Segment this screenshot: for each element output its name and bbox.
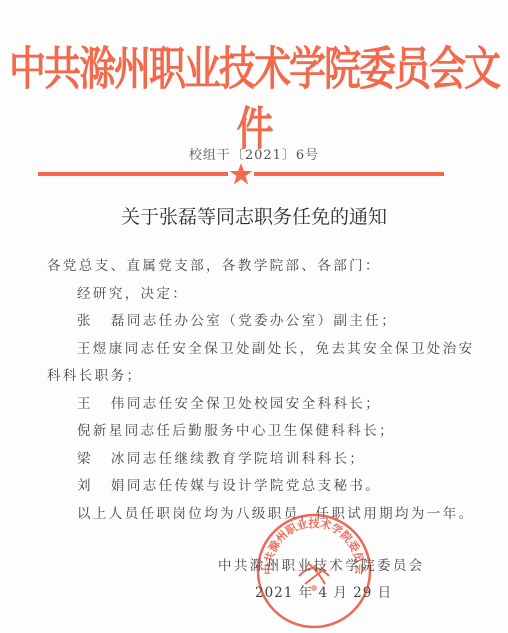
person-name: 磊 (111, 313, 127, 329)
appointment-text: 同志任办公室（党委办公室）副主任； (127, 313, 397, 329)
document-number: 校组干〔2021〕6号 (0, 144, 508, 163)
person-name: 倪新星 (77, 423, 125, 439)
issuer-signature: 中共滁州职业技术学院委员会 (218, 554, 425, 574)
appointment-line: 刘娟同志任传媒与设计学院党总支秘书。 (47, 473, 477, 501)
person-name: 娟 (111, 478, 127, 494)
person-name: 梁 (77, 451, 93, 467)
document-page: 中共滁州职业技术学院委员会文件 校组干〔2021〕6号 关于张磊等同志职务任免的… (0, 0, 508, 633)
appointment-line: 倪新星同志任后勤服务中心卫生保健科科长； (47, 418, 477, 446)
issue-date: 2021 年 4 月 29 日 (255, 581, 392, 601)
intro-line: 经研究，决定： (47, 281, 477, 309)
appointment-line: 梁冰同志任继续教育学院培训科科长； (47, 446, 477, 474)
person-name: 伟 (111, 396, 127, 412)
appointment-text: 同志任安全保卫处副处长，免去其安全保卫处治安 (125, 341, 475, 357)
person-name: 刘 (77, 478, 93, 494)
person-name: 冰 (111, 451, 127, 467)
appointment-line: 王伟同志任安全保卫处校园安全科科长； (47, 391, 477, 419)
person-name: 王煜康 (77, 341, 125, 357)
masthead-title: 中共滁州职业技术学院委员会文件 (0, 38, 508, 158)
appointment-text: 同志任传媒与设计学院党总支秘书。 (127, 478, 381, 494)
notice-body: 各党总支、直属党支部，各教学院部、各部门： 经研究，决定： 张磊同志任办公室（党… (47, 253, 477, 528)
person-name: 王 (77, 396, 93, 412)
appointment-text: 同志任安全保卫处校园安全科科长； (127, 396, 381, 412)
appointment-continuation: 科科长职务； (47, 363, 477, 391)
red-divider-left (38, 172, 228, 176)
red-star-icon (229, 163, 253, 185)
appointment-line: 王煜康同志任安全保卫处副处长，免去其安全保卫处治安 (47, 336, 477, 364)
red-divider-right (254, 172, 444, 176)
notice-title: 关于张磊等同志职务任免的通知 (0, 202, 508, 229)
appointment-text: 同志任继续教育学院培训科科长； (127, 451, 366, 467)
addressee: 各党总支、直属党支部，各教学院部、各部门： (47, 253, 477, 281)
person-name: 张 (77, 313, 93, 329)
appointment-line: 张磊同志任办公室（党委办公室）副主任； (47, 308, 477, 336)
appointment-text: 同志任后勤服务中心卫生保健科科长； (125, 423, 395, 439)
